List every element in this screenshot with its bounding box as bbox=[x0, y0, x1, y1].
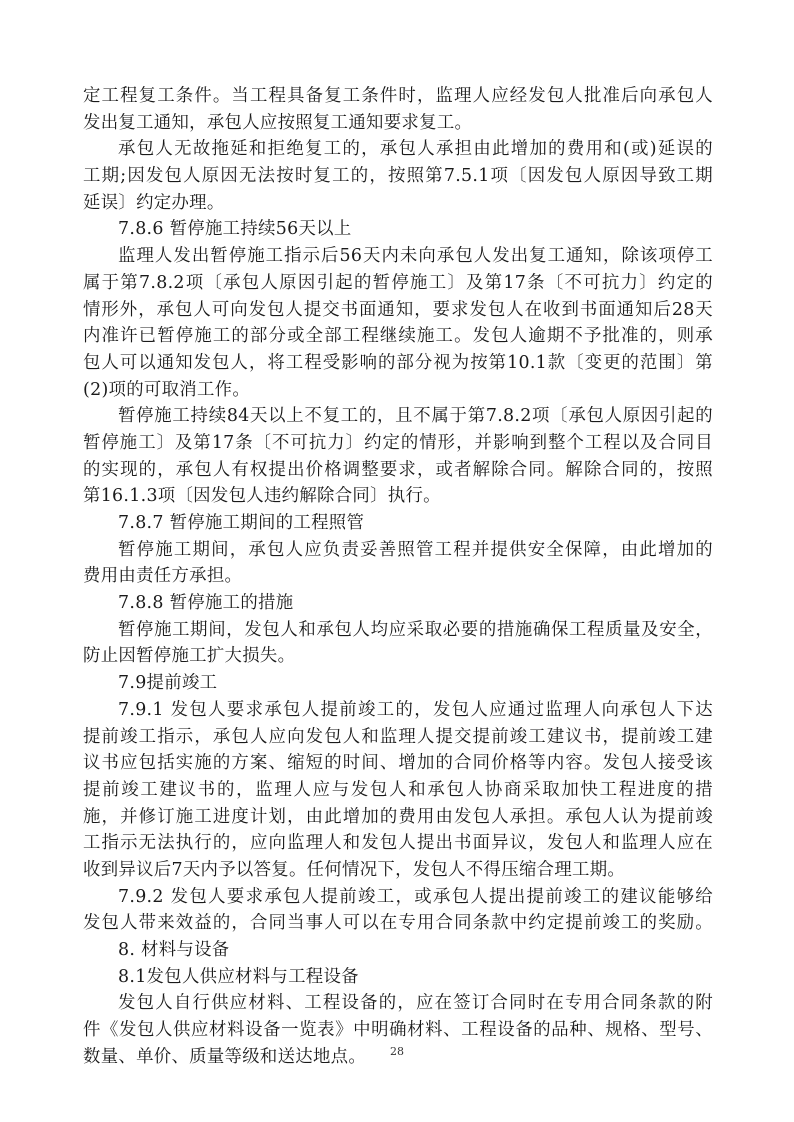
text-line: 件《发包人供应材料设备一览表》中明确材料、工程设备的品种、规格、型号、 bbox=[83, 1017, 713, 1044]
text-line: 定工程复工条件。当工程具备复工条件时，监理人应经发包人批准后向承包人 bbox=[83, 83, 713, 110]
text-line: 工期;因发包人原因无法按时复工的，按照第7.5.1项〔因发包人原因导致工期 bbox=[83, 163, 713, 190]
text-line: 发包人带来效益的，合同当事人可以在专用合同条款中约定提前竣工的奖励。 bbox=[83, 910, 713, 937]
text-line: 8.1发包人供应材料与工程设备 bbox=[83, 964, 713, 991]
text-line: 暂停施工持续84天以上不复工的，且不属于第7.8.2项〔承包人原因引起的 bbox=[83, 403, 713, 430]
text-line: 内准许已暂停施工的部分或全部工程继续施工。发包人逾期不予批准的，则承 bbox=[83, 323, 713, 350]
text-line: 发出复工通知，承包人应按照复工通知要求复工。 bbox=[83, 110, 713, 137]
text-line: 7.9提前竣工 bbox=[83, 670, 713, 697]
text-line: 暂停施工〕及第17条〔不可抗力〕约定的情形，并影响到整个工程以及合同目 bbox=[83, 430, 713, 457]
text-line: 费用由责任方承担。 bbox=[83, 563, 713, 590]
text-line: 议书应包括实施的方案、缩短的时间、增加的合同价格等内容。发包人接受该 bbox=[83, 750, 713, 777]
text-line: 发包人自行供应材料、工程设备的，应在签订合同时在专用合同条款的附 bbox=[83, 990, 713, 1017]
text-line: 提前竣工建议书的，监理人应与发包人和承包人协商采取加快工程进度的措 bbox=[83, 777, 713, 804]
text-line: 承包人无故拖延和拒绝复工的，承包人承担由此增加的费用和(或)延误的 bbox=[83, 136, 713, 163]
text-line: 7.8.7 暂停施工期间的工程照管 bbox=[83, 510, 713, 537]
text-line: 延误〕约定办理。 bbox=[83, 190, 713, 217]
text-line: 7.8.6 暂停施工持续56天以上 bbox=[83, 216, 713, 243]
text-line: 的实现的，承包人有权提出价格调整要求，或者解除合同。解除合同的，按照 bbox=[83, 457, 713, 484]
document-page-body: 定工程复工条件。当工程具备复工条件时，监理人应经发包人批准后向承包人发出复工通知… bbox=[83, 83, 713, 1070]
text-line: (2)项的可取消工作。 bbox=[83, 377, 713, 404]
text-line: 防止因暂停施工扩大损失。 bbox=[83, 643, 713, 670]
text-line: 7.8.8 暂停施工的措施 bbox=[83, 590, 713, 617]
text-line: 暂停施工期间，发包人和承包人均应采取必要的措施确保工程质量及安全， bbox=[83, 617, 713, 644]
text-line: 包人可以通知发包人，将工程受影响的部分视为按第10.1款〔变更的范围〕第 bbox=[83, 350, 713, 377]
text-line: 收到异议后7天内予以答复。任何情况下，发包人不得压缩合理工期。 bbox=[83, 857, 713, 884]
text-line: 第16.1.3项〔因发包人违约解除合同〕执行。 bbox=[83, 483, 713, 510]
text-line: 7.9.2 发包人要求承包人提前竣工，或承包人提出提前竣工的建议能够给 bbox=[83, 884, 713, 911]
text-line: 施，并修订施工进度计划，由此增加的费用由发包人承担。承包人认为提前竣 bbox=[83, 804, 713, 831]
text-line: 监理人发出暂停施工指示后56天内未向承包人发出复工通知，除该项停工 bbox=[83, 243, 713, 270]
page-number: 28 bbox=[0, 1045, 794, 1058]
text-line: 暂停施工期间，承包人应负责妥善照管工程并提供安全保障，由此增加的 bbox=[83, 537, 713, 564]
text-line: 情形外，承包人可向发包人提交书面通知，要求发包人在收到书面通知后28天 bbox=[83, 297, 713, 324]
text-line: 8. 材料与设备 bbox=[83, 937, 713, 964]
text-line: 7.9.1 发包人要求承包人提前竣工的，发包人应通过监理人向承包人下达 bbox=[83, 697, 713, 724]
text-line: 工指示无法执行的，应向监理人和发包人提出书面异议，发包人和监理人应在 bbox=[83, 830, 713, 857]
text-line: 提前竣工指示，承包人应向发包人和监理人提交提前竣工建议书，提前竣工建 bbox=[83, 724, 713, 751]
text-line: 属于第7.8.2项〔承包人原因引起的暂停施工〕及第17条〔不可抗力〕约定的 bbox=[83, 270, 713, 297]
